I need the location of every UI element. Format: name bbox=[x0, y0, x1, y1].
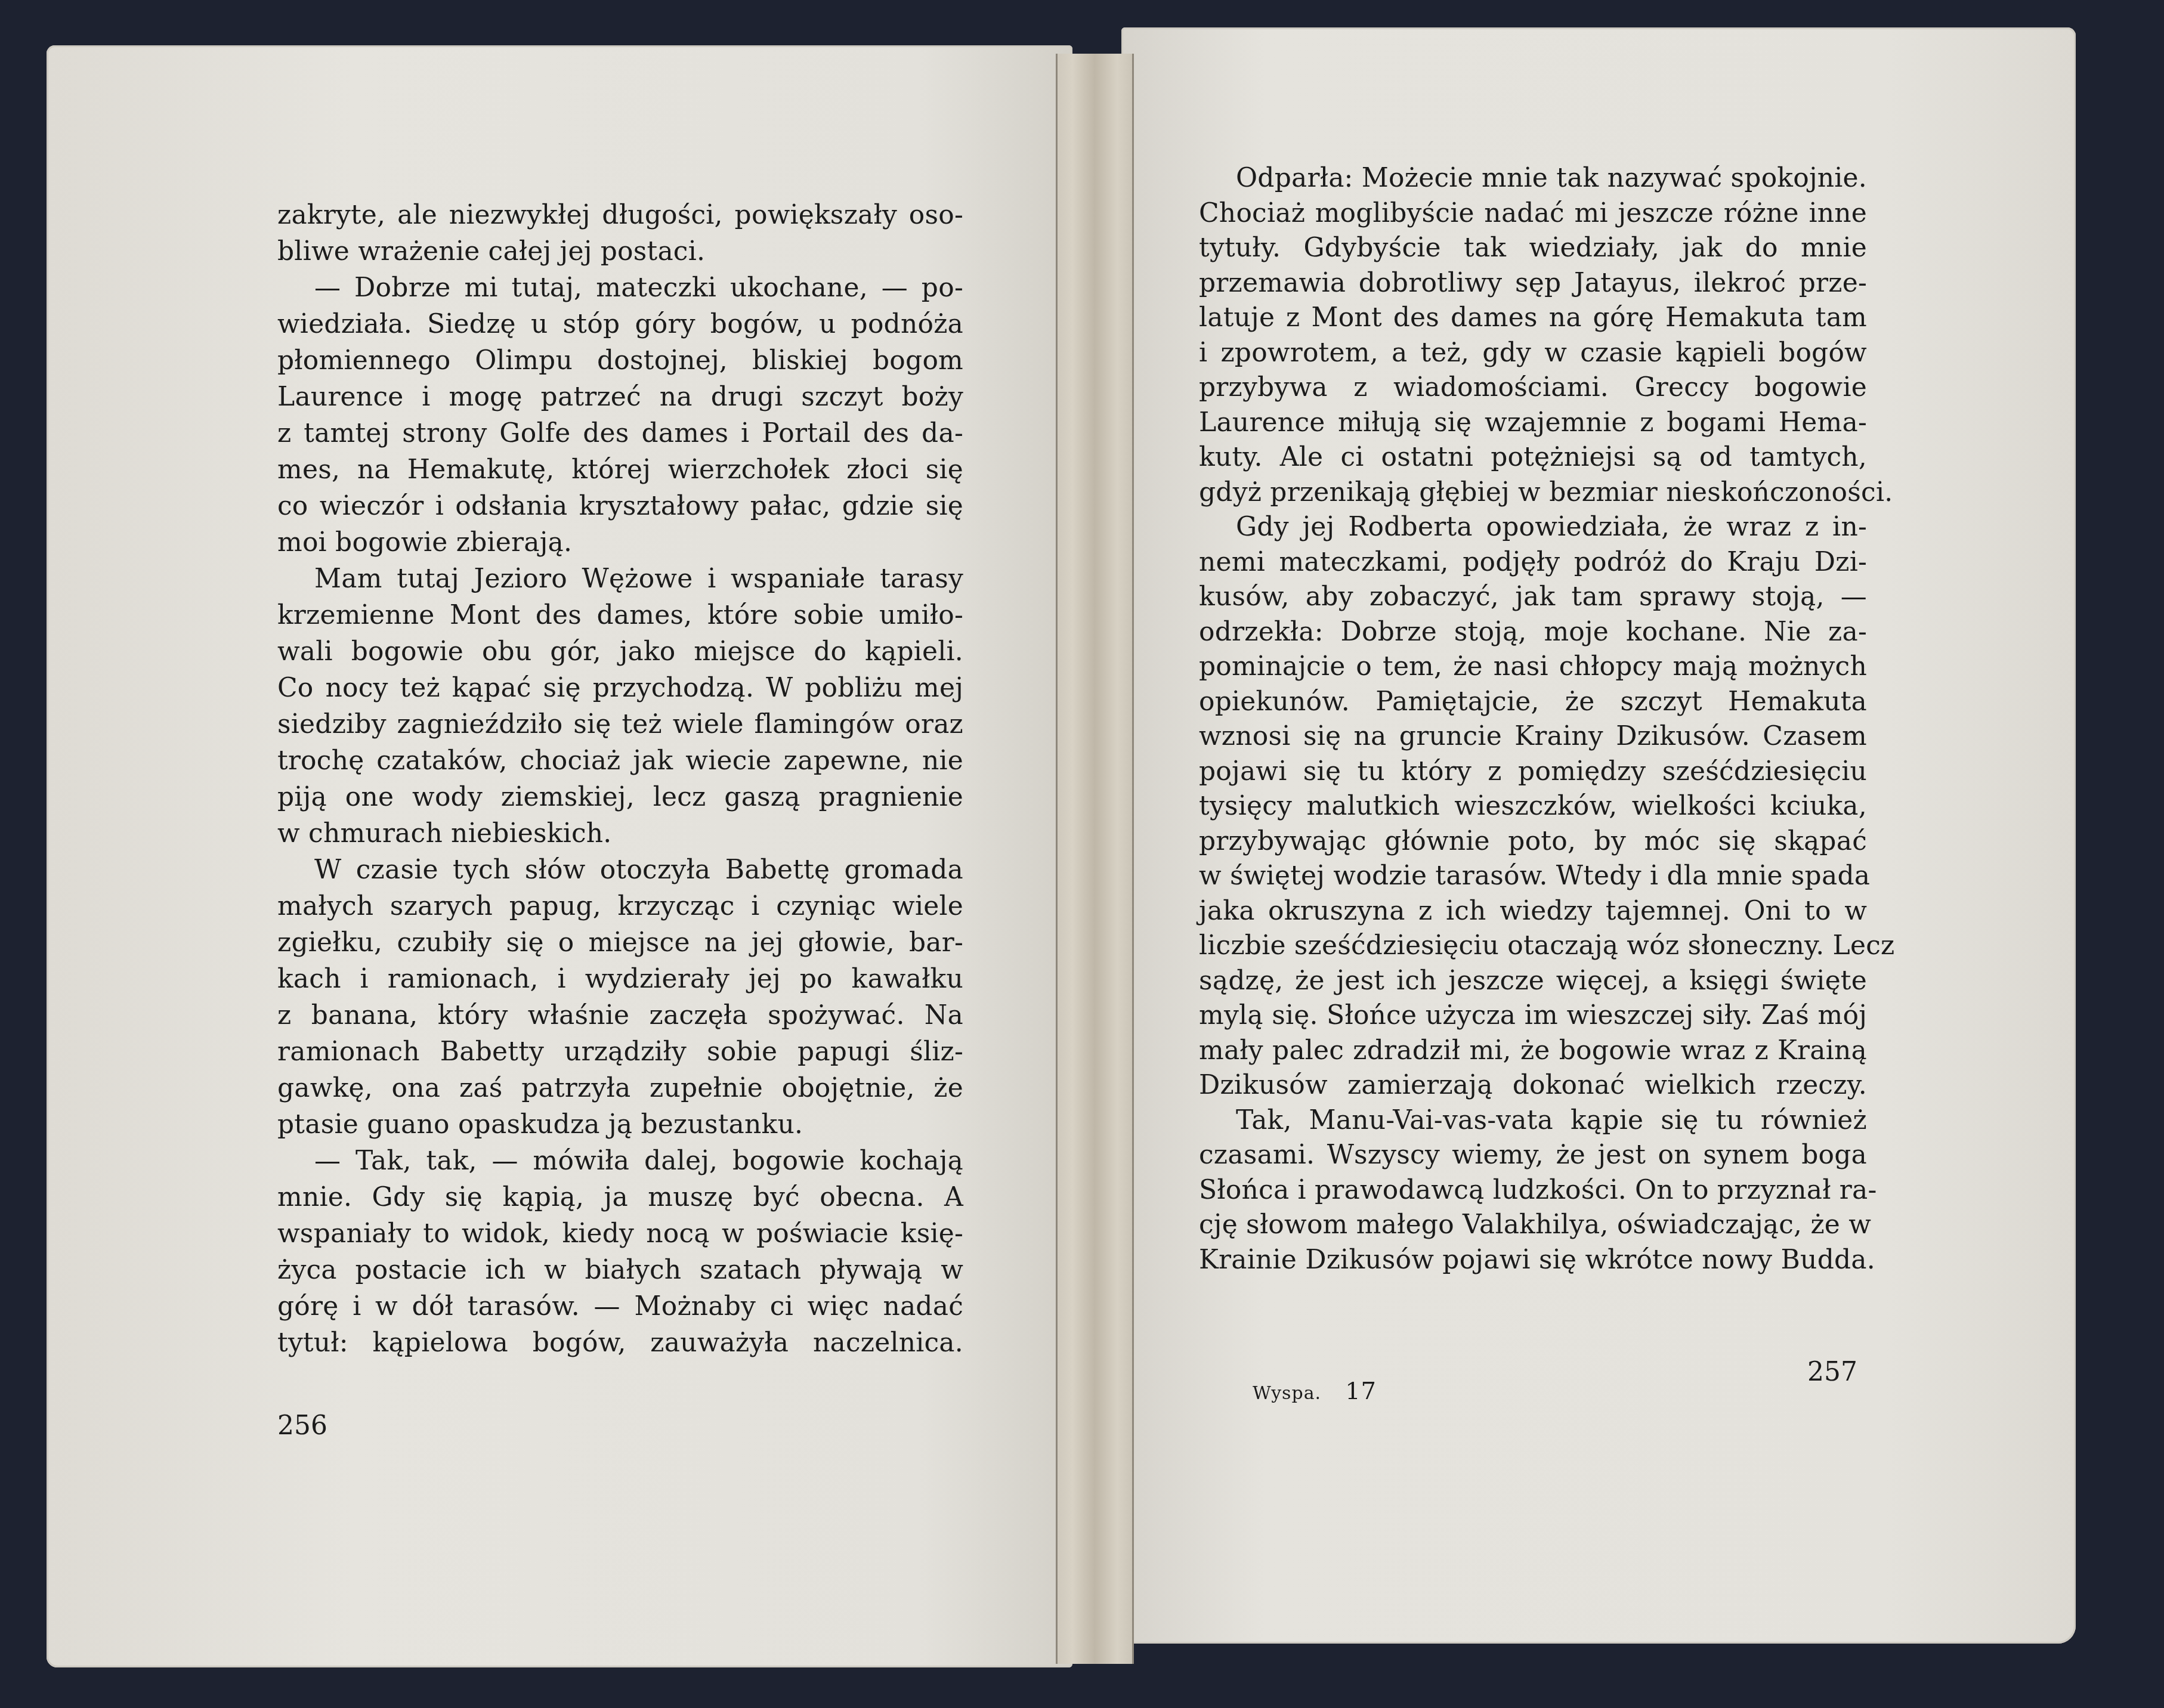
text-line: czasami. Wszyscy wiemy, że jest on synem… bbox=[1199, 1138, 1867, 1173]
right-page-text: Odparła: Możecie mnie tak nazywać spokoj… bbox=[1199, 161, 1867, 1277]
text-line: górę i w dół tarasów. — Możnaby ci więc … bbox=[277, 1288, 963, 1325]
text-line: kach i ramionach, i wydzierały jej po ka… bbox=[277, 961, 963, 997]
text-line: jaka okruszyna z ich wiedzy tajemnej. On… bbox=[1199, 894, 1867, 929]
text-line: zgiełku, czubiły się o miejsce na jej gł… bbox=[277, 924, 963, 961]
text-line: w chmurach niebieskich. bbox=[277, 815, 963, 852]
text-line: W czasie tych słów otoczyła Babettę grom… bbox=[277, 852, 963, 888]
text-line: w świętej wodzie tarasów. Wtedy i dla mn… bbox=[1199, 859, 1867, 894]
text-line: nemi mateczkami, podjęły podróż do Kraju… bbox=[1199, 545, 1867, 580]
text-line: Słońca i prawodawcą ludzkości. On to prz… bbox=[1199, 1173, 1867, 1208]
text-line: bliwe wrażenie całej jej postaci. bbox=[277, 233, 963, 270]
text-line: mylą się. Słońce użycza im wieszczej sił… bbox=[1199, 998, 1867, 1034]
text-line: ptasie guano opaskudza ją bezustanku. bbox=[277, 1106, 963, 1143]
text-line: przemawia dobrotliwy sęp Jatayus, ilekro… bbox=[1199, 266, 1867, 301]
text-line: Odparła: Możecie mnie tak nazywać spokoj… bbox=[1199, 161, 1867, 196]
text-line: wiedziała. Siedzę u stóp góry bogów, u p… bbox=[277, 306, 963, 342]
text-line: płomiennego Olimpu dostojnej, bliskiej b… bbox=[277, 342, 963, 379]
text-line: z tamtej strony Golfe des dames i Portai… bbox=[277, 415, 963, 451]
text-line: i zpowrotem, a też, gdy w czasie kąpieli… bbox=[1199, 336, 1867, 371]
text-line: kusów, aby zobaczyć, jak tam sprawy stoj… bbox=[1199, 580, 1867, 615]
signature-number: 17 bbox=[1345, 1378, 1377, 1405]
text-line: tysięcy malutkich wieszczków, wielkości … bbox=[1199, 789, 1867, 824]
text-line: tytuły. Gdybyście tak wiedziały, jak do … bbox=[1199, 231, 1867, 266]
text-line: małych szarych papug, krzycząc i czyniąc… bbox=[277, 888, 963, 924]
left-page-number: 256 bbox=[277, 1410, 327, 1441]
text-line: życa postacie ich w białych szatach pływ… bbox=[277, 1252, 963, 1288]
text-line: mes, na Hemakutę, której wierzchołek zło… bbox=[277, 451, 963, 488]
text-line: opiekunów. Pamiętajcie, że szczyt Hemaku… bbox=[1199, 685, 1867, 720]
text-line: moi bogowie zbierają. bbox=[277, 524, 963, 561]
text-line: ramionach Babetty urządziły sobie papugi… bbox=[277, 1034, 963, 1070]
text-line: odrzekła: Dobrze stoją, moje kochane. Ni… bbox=[1199, 615, 1867, 650]
text-line: gawkę, ona zaś patrzyła zupełnie obojętn… bbox=[277, 1070, 963, 1106]
text-line: przybywając głównie poto, by móc się ską… bbox=[1199, 824, 1867, 859]
text-line: Mam tutaj Jezioro Wężowe i wspaniałe tar… bbox=[277, 561, 963, 597]
text-line: tytuł: kąpielowa bogów, zauważyła naczel… bbox=[277, 1325, 963, 1361]
text-line: latuje z Mont des dames na górę Hemakuta… bbox=[1199, 301, 1867, 336]
text-line: wznosi się na gruncie Krainy Dzikusów. C… bbox=[1199, 719, 1867, 754]
text-line: kuty. Ale ci ostatni potężniejsi są od t… bbox=[1199, 440, 1867, 475]
text-line: z banana, który właśnie zaczęła spożywać… bbox=[277, 997, 963, 1034]
text-line: pominajcie o tem, że nasi chłopcy mają m… bbox=[1199, 649, 1867, 685]
right-page-number: 257 bbox=[1807, 1357, 1857, 1387]
text-line: co wieczór i odsłania kryształowy pałac,… bbox=[277, 488, 963, 524]
text-line: Krainie Dzikusów pojawi się wkrótce nowy… bbox=[1199, 1243, 1867, 1278]
text-line: Gdy jej Rodberta opowiedziała, że wraz z… bbox=[1199, 510, 1867, 545]
text-line: piją one wody ziemskiej, lecz gaszą prag… bbox=[277, 779, 963, 815]
text-line: zakryte, ale niezwykłej długości, powięk… bbox=[277, 197, 963, 233]
text-line: gdyż przenikają głębiej w bezmiar niesko… bbox=[1199, 475, 1867, 510]
text-line: Co nocy też kąpać się przychodzą. W pobl… bbox=[277, 670, 963, 706]
text-line: Laurence miłują się wzajemnie z bogami H… bbox=[1199, 406, 1867, 441]
text-line: mnie. Gdy się kąpią, ja muszę być obecna… bbox=[277, 1179, 963, 1215]
text-line: wspaniały to widok, kiedy nocą w poświac… bbox=[277, 1215, 963, 1252]
text-line: przybywa z wiadomościami. Greccy bogowie bbox=[1199, 370, 1867, 406]
text-line: wali bogowie obu gór, jako miejsce do ką… bbox=[277, 633, 963, 670]
text-line: cję słowom małego Valakhilya, oświadczaj… bbox=[1199, 1208, 1867, 1243]
signature-label: Wyspa. bbox=[1253, 1383, 1321, 1404]
text-line: Tak, Manu-Vai-vas-vata kąpie się tu równ… bbox=[1199, 1103, 1867, 1138]
signature-mark: Wyspa.17 bbox=[1253, 1378, 1377, 1405]
text-line: krzemienne Mont des dames, które sobie u… bbox=[277, 597, 963, 633]
text-line: siedziby zagnieździło się też wiele flam… bbox=[277, 706, 963, 742]
text-line: liczbie sześćdziesięciu otaczają wóz sło… bbox=[1199, 929, 1867, 964]
left-page-text: zakryte, ale niezwykłej długości, powięk… bbox=[277, 197, 963, 1361]
text-line: — Dobrze mi tutaj, mateczki ukochane, — … bbox=[277, 270, 963, 306]
text-line: Laurence i mogę patrzeć na drugi szczyt … bbox=[277, 379, 963, 415]
text-line: — Tak, tak, — mówiła dalej, bogowie koch… bbox=[277, 1143, 963, 1179]
text-line: sądzę, że jest ich jeszcze więcej, a ksi… bbox=[1199, 964, 1867, 999]
book-spine bbox=[1056, 54, 1134, 1664]
text-line: trochę czataków, chociaż jak wiecie zape… bbox=[277, 742, 963, 779]
text-line: pojawi się tu który z pomiędzy sześćdzie… bbox=[1199, 754, 1867, 790]
text-line: mały palec zdradził mi, że bogowie wraz … bbox=[1199, 1034, 1867, 1069]
text-line: Dzikusów zamierzają dokonać wielkich rze… bbox=[1199, 1068, 1867, 1103]
text-line: Chociaż moglibyście nadać mi jeszcze róż… bbox=[1199, 196, 1867, 231]
